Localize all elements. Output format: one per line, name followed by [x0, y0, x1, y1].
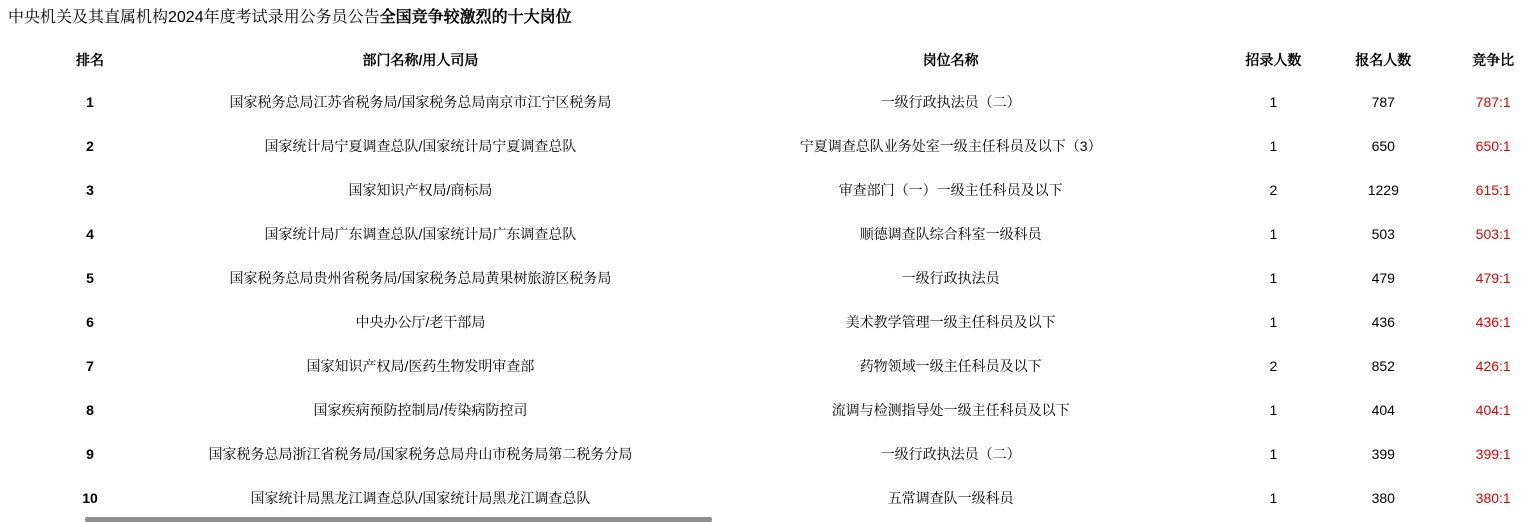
- table-row: 7 国家知识产权局/医药生物发明审查部 药物领域一级主任科员及以下 2 852 …: [0, 344, 1526, 388]
- table-row: 10 国家统计局黑龙江调查总队/国家统计局黑龙江调查总队 五常调查队一级科员 1…: [0, 476, 1526, 520]
- recruit-count-cell: 1: [1241, 300, 1307, 344]
- competition-ratio-cell: 404:1: [1460, 388, 1526, 432]
- rank-cell: 8: [0, 388, 180, 432]
- top-positions-table: 排名 部门名称/用人司局 岗位名称 招录人数 报名人数 竞争比 1 国家税务总局…: [0, 40, 1526, 520]
- competition-ratio-cell: 503:1: [1460, 212, 1526, 256]
- applicant-count-cell: 650: [1306, 124, 1460, 168]
- position-cell: 审查部门（一）一级主任科员及以下: [661, 168, 1241, 212]
- table-row: 5 国家税务总局贵州省税务局/国家税务总局黄果树旅游区税务局 一级行政执法员 1…: [0, 256, 1526, 300]
- column-header-rank: 排名: [0, 40, 180, 80]
- rank-cell: 1: [0, 80, 180, 124]
- table-row: 8 国家疾病预防控制局/传染病防控司 流调与检测指导处一级主任科员及以下 1 4…: [0, 388, 1526, 432]
- rank-cell: 9: [0, 432, 180, 476]
- competition-ratio-cell: 426:1: [1460, 344, 1526, 388]
- competition-ratio-cell: 399:1: [1460, 432, 1526, 476]
- table-header-row: 排名 部门名称/用人司局 岗位名称 招录人数 报名人数 竞争比: [0, 40, 1526, 80]
- department-cell: 国家统计局宁夏调查总队/国家统计局宁夏调查总队: [180, 124, 661, 168]
- column-header-department: 部门名称/用人司局: [180, 40, 661, 80]
- rank-cell: 3: [0, 168, 180, 212]
- department-cell: 国家知识产权局/医药生物发明审查部: [180, 344, 661, 388]
- table-row: 3 国家知识产权局/商标局 审查部门（一）一级主任科员及以下 2 1229 61…: [0, 168, 1526, 212]
- recruit-count-cell: 1: [1241, 124, 1307, 168]
- applicant-count-cell: 380: [1306, 476, 1460, 520]
- position-cell: 宁夏调查总队业务处室一级主任科员及以下（3）: [661, 124, 1241, 168]
- competition-ratio-cell: 787:1: [1460, 80, 1526, 124]
- table-header: 排名 部门名称/用人司局 岗位名称 招录人数 报名人数 竞争比: [0, 40, 1526, 80]
- applicant-count-cell: 503: [1306, 212, 1460, 256]
- department-cell: 国家税务总局浙江省税务局/国家税务总局舟山市税务局第二税务分局: [180, 432, 661, 476]
- recruit-count-cell: 2: [1241, 168, 1307, 212]
- recruit-count-cell: 1: [1241, 388, 1307, 432]
- rank-cell: 5: [0, 256, 180, 300]
- department-cell: 国家统计局黑龙江调查总队/国家统计局黑龙江调查总队: [180, 476, 661, 520]
- position-cell: 一级行政执法员: [661, 256, 1241, 300]
- recruit-count-cell: 2: [1241, 344, 1307, 388]
- applicant-count-cell: 852: [1306, 344, 1460, 388]
- department-cell: 中央办公厅/老干部局: [180, 300, 661, 344]
- position-cell: 一级行政执法员（二）: [661, 432, 1241, 476]
- table-row: 2 国家统计局宁夏调查总队/国家统计局宁夏调查总队 宁夏调查总队业务处室一级主任…: [0, 124, 1526, 168]
- applicant-count-cell: 404: [1306, 388, 1460, 432]
- table-row: 6 中央办公厅/老干部局 美术教学管理一级主任科员及以下 1 436 436:1: [0, 300, 1526, 344]
- rank-cell: 4: [0, 212, 180, 256]
- position-cell: 一级行政执法员（二）: [661, 80, 1241, 124]
- position-cell: 流调与检测指导处一级主任科员及以下: [661, 388, 1241, 432]
- recruit-count-cell: 1: [1241, 256, 1307, 300]
- competition-ratio-cell: 436:1: [1460, 300, 1526, 344]
- department-cell: 国家统计局广东调查总队/国家统计局广东调查总队: [180, 212, 661, 256]
- department-cell: 国家知识产权局/商标局: [180, 168, 661, 212]
- applicant-count-cell: 479: [1306, 256, 1460, 300]
- horizontal-scrollbar-track[interactable]: [0, 516, 1526, 522]
- table-row: 4 国家统计局广东调查总队/国家统计局广东调查总队 顺德调查队综合科室一级科员 …: [0, 212, 1526, 256]
- page-title-prefix: 中央机关及其直属机构2024年度考试录用公务员公告: [8, 9, 380, 26]
- column-header-applicants: 报名人数: [1306, 40, 1460, 80]
- table-row: 9 国家税务总局浙江省税务局/国家税务总局舟山市税务局第二税务分局 一级行政执法…: [0, 432, 1526, 476]
- column-header-recruit: 招录人数: [1241, 40, 1307, 80]
- recruit-count-cell: 1: [1241, 212, 1307, 256]
- applicant-count-cell: 787: [1306, 80, 1460, 124]
- rank-cell: 7: [0, 344, 180, 388]
- horizontal-scrollbar-thumb[interactable]: [85, 517, 712, 522]
- page-title: 中央机关及其直属机构2024年度考试录用公务员公告全国竞争较激烈的十大岗位: [0, 0, 1526, 26]
- applicant-count-cell: 436: [1306, 300, 1460, 344]
- recruit-count-cell: 1: [1241, 432, 1307, 476]
- competition-ratio-cell: 380:1: [1460, 476, 1526, 520]
- page-title-emphasis: 全国竞争较激烈的十大岗位: [380, 9, 572, 26]
- applicant-count-cell: 1229: [1306, 168, 1460, 212]
- column-header-position: 岗位名称: [661, 40, 1241, 80]
- position-cell: 五常调查队一级科员: [661, 476, 1241, 520]
- applicant-count-cell: 399: [1306, 432, 1460, 476]
- position-cell: 顺德调查队综合科室一级科员: [661, 212, 1241, 256]
- department-cell: 国家疾病预防控制局/传染病防控司: [180, 388, 661, 432]
- competition-ratio-cell: 615:1: [1460, 168, 1526, 212]
- column-header-ratio: 竞争比: [1460, 40, 1526, 80]
- competition-ratio-cell: 479:1: [1460, 256, 1526, 300]
- position-cell: 药物领域一级主任科员及以下: [661, 344, 1241, 388]
- table-body: 1 国家税务总局江苏省税务局/国家税务总局南京市江宁区税务局 一级行政执法员（二…: [0, 80, 1526, 520]
- department-cell: 国家税务总局贵州省税务局/国家税务总局黄果树旅游区税务局: [180, 256, 661, 300]
- table-row: 1 国家税务总局江苏省税务局/国家税务总局南京市江宁区税务局 一级行政执法员（二…: [0, 80, 1526, 124]
- rank-cell: 10: [0, 476, 180, 520]
- position-cell: 美术教学管理一级主任科员及以下: [661, 300, 1241, 344]
- rank-cell: 6: [0, 300, 180, 344]
- recruit-count-cell: 1: [1241, 80, 1307, 124]
- recruit-count-cell: 1: [1241, 476, 1307, 520]
- rank-cell: 2: [0, 124, 180, 168]
- competition-ratio-cell: 650:1: [1460, 124, 1526, 168]
- department-cell: 国家税务总局江苏省税务局/国家税务总局南京市江宁区税务局: [180, 80, 661, 124]
